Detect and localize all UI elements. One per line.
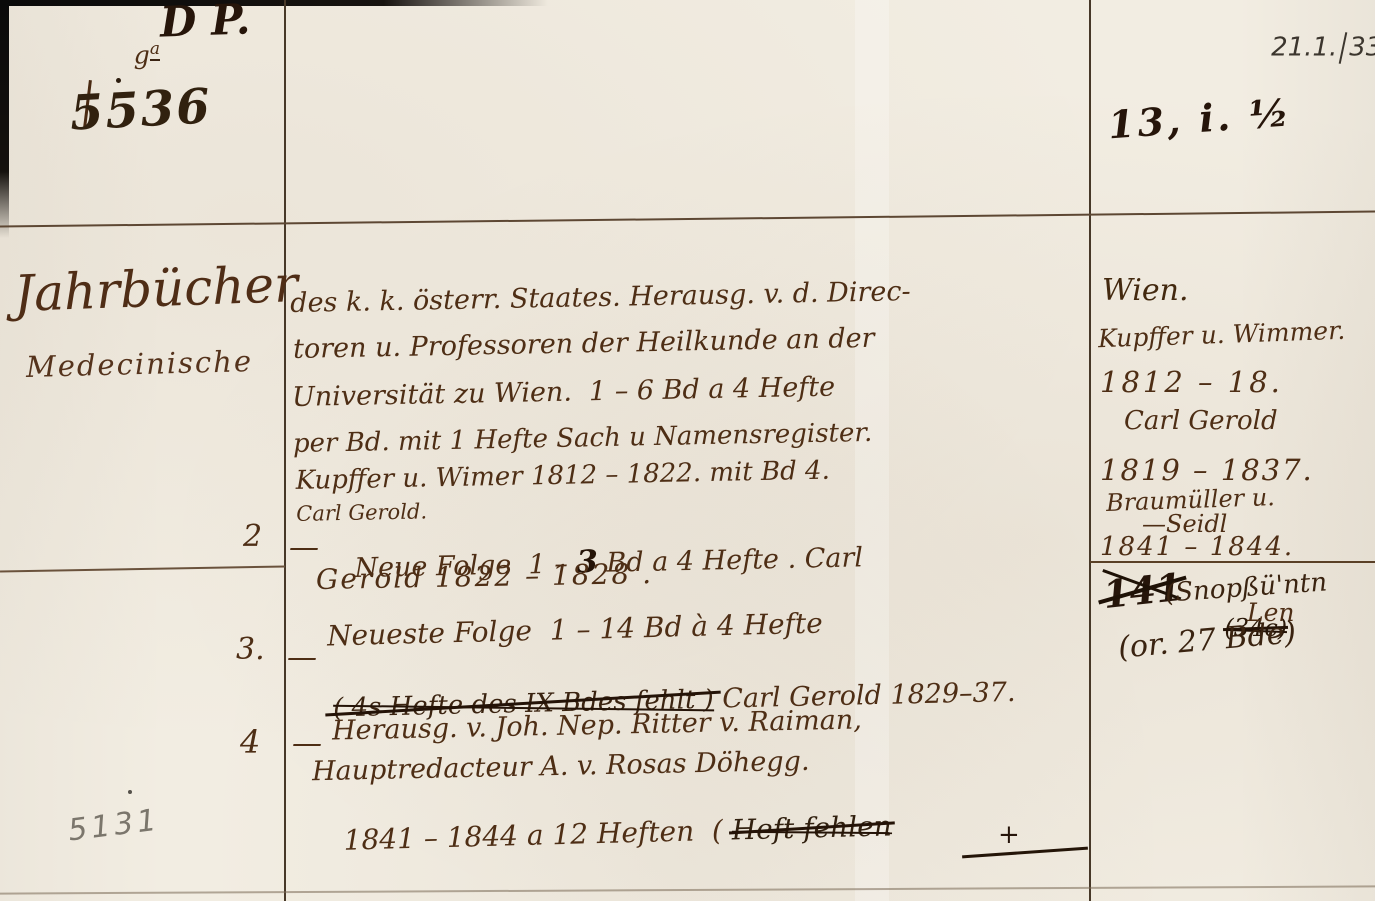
scan-edge-top [0, 0, 548, 6]
shelf-number: 5536 [69, 82, 213, 137]
accession-date-day: 21.1. [1271, 33, 1337, 63]
entry-4-line-2: Hauptredacteur A. v. Rosas Döhegg. [312, 748, 810, 785]
entry-4-deleted-note: Heft fehlen [731, 812, 892, 844]
holdings-note-3: (or. 27 Bde) [1117, 618, 1297, 663]
header-rule [0, 211, 1375, 228]
bottom-rule [0, 885, 1375, 894]
signature-initials: D P. [159, 0, 251, 44]
imprint-years-1: 1812 – 18. [1100, 368, 1283, 397]
entry-4-line-3-pre: 1841 – 1844 a 12 Heften ( [343, 814, 732, 857]
imprint-years-2: 1819 – 1837. [1100, 456, 1314, 485]
tally-stroke [962, 847, 1088, 859]
entry-1-line-4: per Bd. mit 1 Hefte Sach u Namensregiste… [293, 420, 873, 457]
entry-2-dash: — [289, 533, 319, 563]
column-rule-right [1089, 0, 1091, 901]
imprint-publisher-1: Kupffer u. Wimmer. [1098, 318, 1346, 352]
imprint-publisher-2: Carl Gerold [1124, 408, 1278, 434]
signature-base: g [134, 40, 150, 69]
accession-date-note: 21.1.33 [1238, 2, 1375, 94]
entry-3-number: 3. [236, 635, 265, 665]
entry-1-line-5: Kupffer u. Wimer 1812 – 1822. mit Bd 4. [295, 458, 830, 494]
scan-streak [855, 0, 889, 901]
tally-plus-mark: + [998, 822, 1020, 848]
column-rule-left [284, 0, 286, 901]
imprint-place: Wien. [1102, 276, 1189, 306]
entry-1-line-3: Universität zu Wien. 1 – 6 Bd a 4 Hefte [292, 374, 836, 411]
left-section-rule [0, 566, 285, 573]
imprint-years-3: 1841 – 1844. [1100, 534, 1294, 560]
entry-4-number: 4 [240, 726, 260, 758]
entry-1-line-6: Carl Gerold. [296, 501, 427, 525]
entry-1-text: des k. k. österr. Staates. Herausg. v. d… [290, 274, 1100, 290]
accession-date-year: 33 [1349, 33, 1375, 63]
entry-1-line-2: toren u. Professoren der Heilkunde an de… [293, 325, 875, 363]
entry-2-line-2: Gerold 1822 – 1828 . [316, 560, 654, 594]
format-note: 13, i. ½ [1107, 94, 1293, 145]
entry-4-dash: — [292, 729, 322, 759]
entry-3-line-1: Neueste Folge 1 – 14 Bd à 4 Hefte [327, 610, 823, 651]
entry-2-number: 2 [243, 522, 262, 552]
pencil-dot [128, 790, 132, 794]
entry-4-line-3: 1841 – 1844 a 12 Heften ( Heft fehlen [307, 784, 893, 883]
scan-edge-left [0, 0, 9, 238]
subtitle-heading: Medecinische [26, 347, 254, 382]
ink-dot [116, 78, 121, 83]
catalog-card-scan: ga D P. 5536 21.1.33 13, i. ½ Jahrbücher… [0, 0, 1375, 901]
title-heading: Jahrbücher [13, 259, 298, 319]
signature-superscript: a [150, 39, 160, 61]
entry-1-line-1: des k. k. österr. Staates. Herausg. v. d… [290, 278, 911, 317]
date-slash-stroke [1339, 32, 1348, 64]
pencil-accession-number: 5131 [66, 803, 162, 849]
